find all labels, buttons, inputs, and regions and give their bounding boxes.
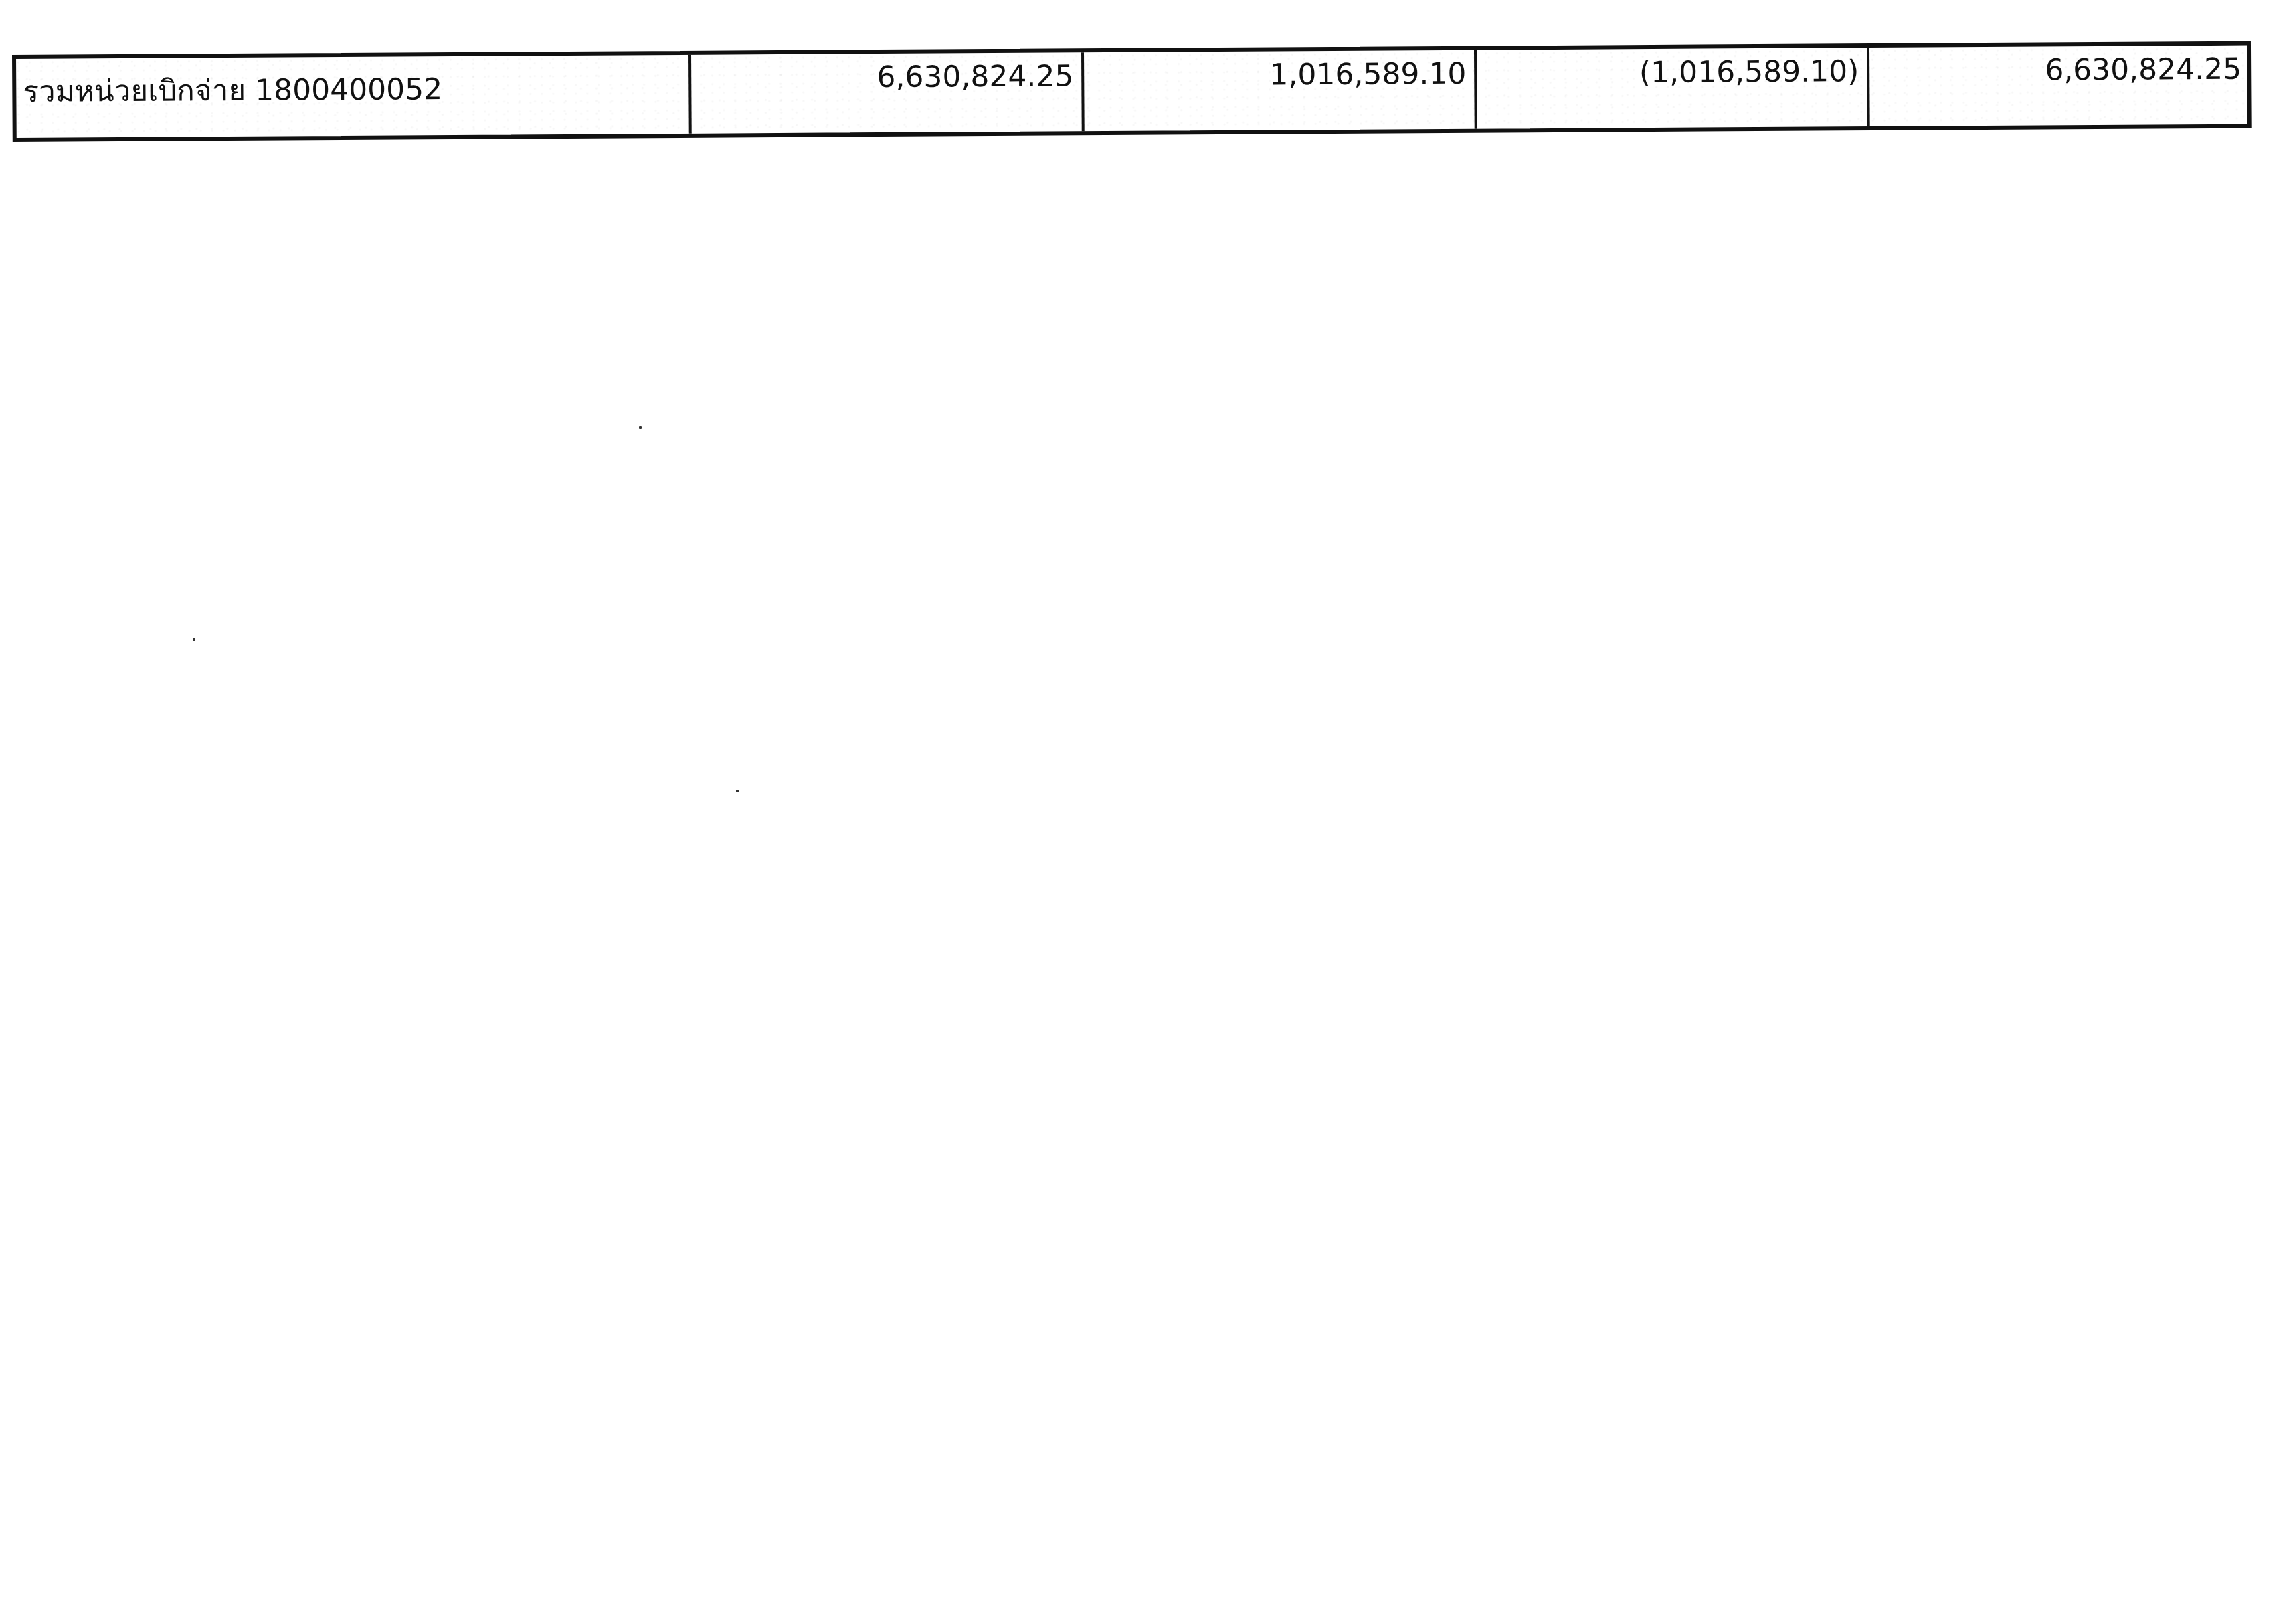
summary-total-row: รวมหน่วยเบิกจ่าย 1800400052 6,630,824.25… (12, 41, 2252, 142)
scan-speck (736, 790, 739, 792)
amount-cell-3-negative: (1,016,589.10) (1477, 48, 1870, 129)
row-label-disbursing-unit-total: รวมหน่วยเบิกจ่าย 1800400052 (16, 55, 692, 138)
scan-speck (639, 426, 642, 429)
amount-cell-2: 1,016,589.10 (1084, 50, 1477, 132)
scan-speck (193, 638, 195, 641)
scanned-page: รวมหน่วยเบิกจ่าย 1800400052 6,630,824.25… (0, 0, 2295, 1624)
amount-cell-4: 6,630,824.25 (1869, 46, 2247, 126)
amount-cell-1: 6,630,824.25 (691, 52, 1085, 134)
